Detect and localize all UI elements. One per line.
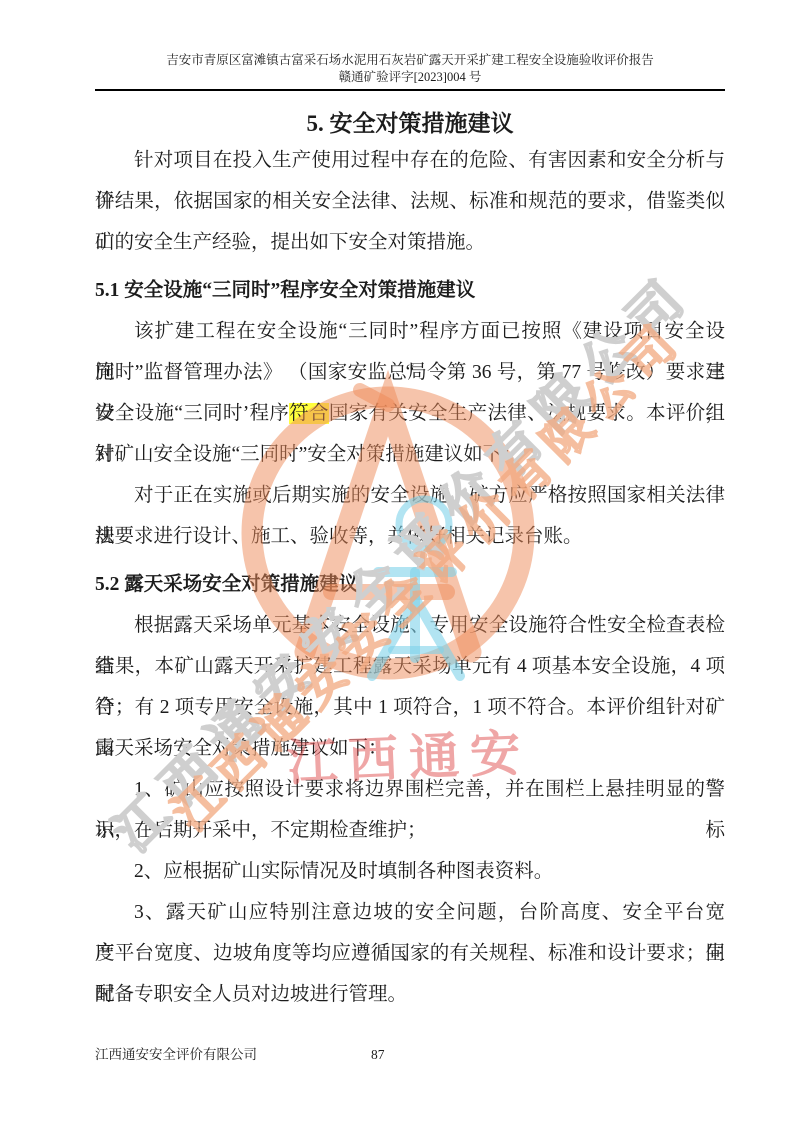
footer-company: 江西通安安全评价有限公司 — [95, 1047, 257, 1062]
body-line: 配备专职安全人员对边坡进行管理。 — [95, 974, 725, 1015]
body-line: 对于正在实施或后期实施的安全设施，矿方应严格按照国家相关法律法 — [95, 475, 725, 516]
body-line: 规要求进行设计、施工、验收等，并做好相关记录台账。 — [95, 516, 725, 557]
page-number: 87 — [371, 1046, 385, 1064]
body-line: 2、应根据矿山实际情况及时填制各种图表资料。 — [95, 851, 725, 892]
body-line: 山的安全生产经验，提出如下安全对策措施。 — [95, 222, 725, 263]
chapter-title: 5. 安全对策措施建议 — [95, 108, 725, 140]
report-page: 吉安市青原区富滩镇古富采石场水泥用石灰岩矿露天开采扩建工程安全设施验收评价报告 … — [0, 0, 800, 1131]
body-line: 价结果，依据国家的相关安全法律、法规、标准和规范的要求，借鉴类似矿 — [95, 181, 725, 222]
body-line: 针对项目在投入生产使用过程中存在的危险、有害因素和安全分析与评 — [95, 140, 725, 181]
header-doc-number: 赣通矿验评字[2023]004 号 — [95, 69, 725, 86]
section-heading: 5.1 安全设施“三同时”程序安全对策措施建议 — [95, 270, 725, 311]
body-line: 对矿山安全设施“三同时”安全对策措施建议如下： — [95, 434, 725, 475]
highlighted-text: 符合 — [289, 403, 329, 424]
body-line: 同时”监督管理办法》 （国家安监总局令第 36 号，第 77 号修改）要求建设， — [95, 352, 725, 393]
header-report-title: 吉安市青原区富滩镇古富采石场水泥用石灰岩矿露天开采扩建工程安全设施验收评价报告 — [95, 52, 725, 69]
body-line: 安全设施“三同时’程序符合国家有关安全生产法律、法规要求。本评价组针 — [95, 393, 725, 434]
body-line: 产平台宽度、边坡角度等均应遵循国家的有关规程、标准和设计要求；同时 — [95, 933, 725, 974]
section-heading: 5.2 露天采场安全对策措施建议 — [95, 564, 725, 605]
page-footer: 江西通安安全评价有限公司 87 — [95, 1046, 725, 1064]
text-segment: 安全设施“三同时’程序 — [95, 403, 289, 424]
body-line: 根据露天采场单元基本安全设施、专用安全设施符合性安全检查表检查 — [95, 605, 725, 646]
body-line: 该扩建工程在安全设施“三同时”程序方面已按照《建设项目安全设施“三 — [95, 311, 725, 352]
body-line: 露天采场安全对策措施建议如下： — [95, 728, 725, 769]
body-line: 结果，本矿山露天开采扩建工程露天采场单元有 4 项基本安全设施，4 项符 — [95, 646, 725, 687]
body-line: 1、矿山应按照设计要求将边界围栏完善，并在围栏上悬挂明显的警示标 — [95, 769, 725, 810]
body-line: 3、露天矿山应特别注意边坡的安全问题，台阶高度、安全平台宽度、生 — [95, 892, 725, 933]
body-line: 合；有 2 项专用安全设施，其中 1 项符合，1 项不符合。本评价组针对矿山 — [95, 687, 725, 728]
body-text-column: 针对项目在投入生产使用过程中存在的危险、有害因素和安全分析与评价结果，依据国家的… — [95, 140, 725, 1015]
page-header: 吉安市青原区富滩镇古富采石场水泥用石灰岩矿露天开采扩建工程安全设施验收评价报告 … — [95, 52, 725, 91]
